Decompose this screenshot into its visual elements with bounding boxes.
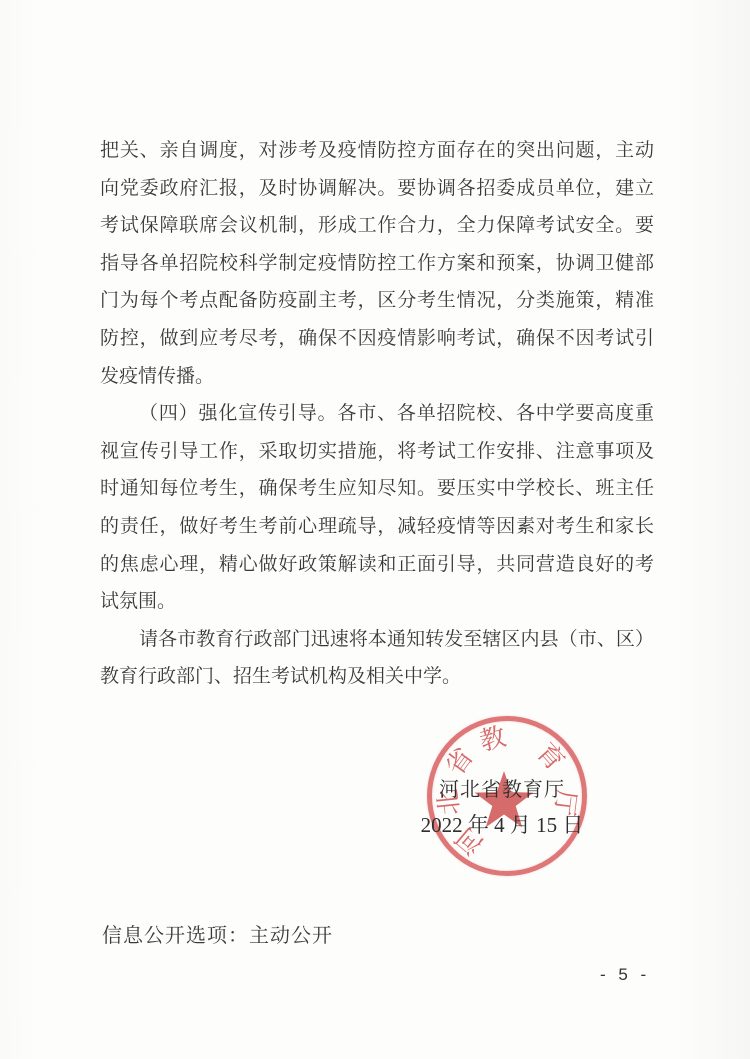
text-line: 把关、亲自调度，对涉考及疫情防控方面存在的突出问题，主动 xyxy=(100,132,654,170)
text-line: 门为每个考点配备防疫副主考，区分考生情况，分类施策，精准 xyxy=(100,282,654,320)
issuer-name: 河北省教育厅 xyxy=(402,773,602,802)
text-line: 请各市教育行政部门迅速将本通知转发至辖区内县（市、区） xyxy=(100,621,654,659)
text-line: 试氛围。 xyxy=(100,583,654,621)
signature-date: 2022 年 4 月 15 日 xyxy=(398,809,606,839)
text-line: 视宣传引导工作，采取切实措施，将考试工作安排、注意事项及 xyxy=(100,433,654,471)
text-line: 考试保障联席会议机制，形成工作合力，全力保障考试安全。要 xyxy=(100,207,654,245)
text-line: 指导各单招院校科学制定疫情防控工作方案和预案，协调卫健部 xyxy=(100,245,654,283)
text-line: 的焦虑心理，精心做好政策解读和正面引导，共同营造良好的考 xyxy=(100,546,654,584)
disclosure-option: 信息公开选项：主动公开 xyxy=(102,919,333,948)
document-body: 把关、亲自调度，对涉考及疫情防控方面存在的突出问题，主动 向党委政府汇报，及时协… xyxy=(100,132,654,696)
text-line: 的责任，做好考生考前心理疏导，减轻疫情等因素对考生和家长 xyxy=(100,508,654,546)
document-page: 把关、亲自调度，对涉考及疫情防控方面存在的突出问题，主动 向党委政府汇报，及时协… xyxy=(0,0,750,1059)
text-line: 防控，做到应考尽考，确保不因疫情影响考试，确保不因考试引 xyxy=(100,320,654,358)
text-line: 教育行政部门、招生考试机构及相关中学。 xyxy=(100,658,654,696)
text-line: 发疫情传播。 xyxy=(100,358,654,396)
text-line: 向党委政府汇报，及时协调解决。要协调各招委成员单位，建立 xyxy=(100,170,654,208)
text-line: 时通知每位考生，确保考生应知尽知。要压实中学校长、班主任 xyxy=(100,470,654,508)
page-number: - 5 - xyxy=(600,965,650,985)
text-line-section-heading: （四）强化宣传引导。各市、各单招院校、各中学要高度重 xyxy=(100,395,654,433)
